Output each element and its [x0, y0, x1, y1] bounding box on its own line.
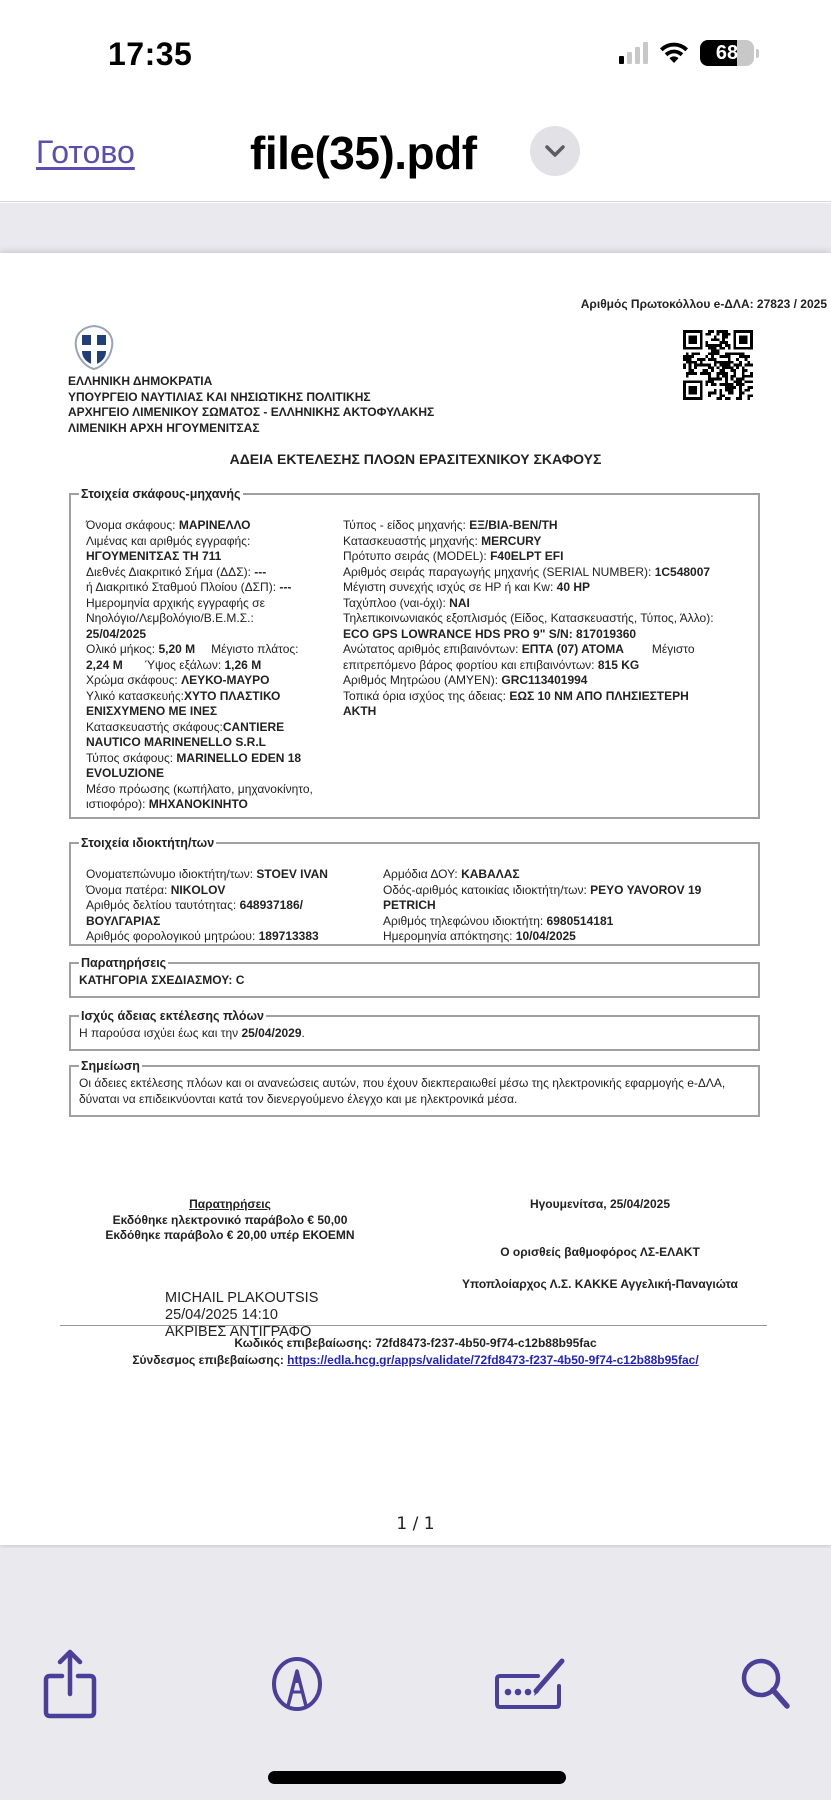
battery-level: 68	[716, 42, 738, 65]
remarks-text: ΚΑΤΗΓΟΡΙΑ ΣΧΕΔΙΑΣΜΟΥ: C	[71, 970, 758, 990]
vessel-details: Όνομα σκάφους: ΜΑΡΙΝΕΛΛΟ Λιμένας και αρι…	[86, 518, 336, 813]
engine-details: Τύπος - είδος μηχανής: ΕΞ/ΒΙΑ-ΒΕΝ/ΤΗ Κατ…	[343, 518, 753, 720]
remarks-section: Παρατηρήσεις ΚΑΤΗΓΟΡΙΑ ΣΧΕΔΙΑΣΜΟΥ: C	[69, 956, 760, 998]
vessel-engine-section: Στοιχεία σκάφους-μηχανής Όνομα σκάφους: …	[69, 487, 760, 819]
bottom-toolbar	[0, 1548, 831, 1800]
status-bar: 17:35 68	[0, 0, 831, 110]
section-legend: Ισχύς άδειας εκτέλεσης πλόων	[79, 1009, 266, 1023]
markup-icon	[269, 1656, 325, 1712]
owner-details-right: Αρμόδια ΔΟΥ: ΚΑΒΑΛΑΣ Οδός-αριθμός κατοικ…	[383, 867, 753, 945]
title-menu-button[interactable]	[530, 126, 580, 176]
pdf-viewer[interactable]: Αριθμός Πρωτοκόλλου e-ΔΛΑ: 27823 / 2025 …	[0, 203, 831, 1548]
share-icon	[42, 1648, 98, 1720]
search-button[interactable]	[735, 1648, 799, 1720]
permit-title: ΑΔΕΙΑ ΕΚΤΕΛΕΣΗΣ ΠΛΟΩΝ ΕΡΑΣΙΤΕΧΝΙΚΟΥ ΣΚΑΦ…	[0, 451, 831, 467]
page-indicator: 1 / 1	[0, 1514, 831, 1534]
validity-section: Ισχύς άδειας εκτέλεσης πλόων Η παρούσα ι…	[69, 1009, 760, 1051]
verification-link[interactable]: https://edla.hcg.gr/apps/validate/72fd84…	[287, 1353, 699, 1367]
share-button[interactable]	[38, 1648, 102, 1720]
place-date: Ηγουμενίτσα, 25/04/2025	[420, 1197, 780, 1211]
digital-signature-stamp: MICHAIL PLAKOUTSIS 25/04/2025 14:10 ΑΚΡΙ…	[165, 1290, 318, 1341]
section-legend: Στοιχεία ιδιοκτήτη/των	[79, 836, 216, 850]
cellular-signal-icon	[619, 42, 648, 64]
note-section: Σημείωση Οι άδειες εκτέλεσης πλόων και ο…	[69, 1059, 760, 1117]
fill-sign-icon	[494, 1656, 572, 1712]
protocol-number: Αριθμός Πρωτοκόλλου e-ΔΛΑ: 27823 / 2025	[581, 297, 827, 311]
greek-coat-of-arms-icon	[68, 321, 120, 373]
chevron-down-icon	[544, 144, 566, 158]
verification-link-line: Σύνδεσμος επιβεβαίωσης: https://edla.hcg…	[0, 1353, 831, 1367]
note-text: Οι άδειες εκτέλεσης πλόων και οι ανανεώσ…	[71, 1073, 758, 1109]
officer-title: Ο ορισθείς βαθμοφόρος ΛΣ-ΕΛΑΚΤ	[420, 1245, 780, 1259]
section-legend: Στοιχεία σκάφους-μηχανής	[79, 487, 243, 501]
fee-remarks: Παρατηρήσεις Εκδόθηκε ηλεκτρονικό παράβο…	[88, 1197, 372, 1244]
status-time: 17:35	[108, 36, 192, 73]
battery-tip	[756, 49, 759, 58]
battery-icon: 68	[700, 40, 754, 66]
done-button[interactable]: Готово	[36, 134, 135, 171]
divider	[60, 1325, 767, 1326]
qr-code	[683, 330, 753, 400]
home-indicator[interactable]	[268, 1771, 566, 1784]
section-legend: Σημείωση	[79, 1059, 142, 1073]
officer-name: Υποπλοίαρχος Λ.Σ. ΚΑΚΚΕ Αγγελική-Παναγιώ…	[420, 1277, 780, 1291]
fill-sign-button[interactable]	[494, 1648, 572, 1720]
pdf-page[interactable]: Αριθμός Πρωτοκόλλου e-ΔΛΑ: 27823 / 2025 …	[0, 253, 831, 1545]
document-title[interactable]: file(35).pdf	[250, 126, 477, 180]
validity-text: Η παρούσα ισχύει έως και την 25/04/2029.	[71, 1023, 758, 1043]
verification-code: Κωδικός επιβεβαίωσης: 72fd8473-f237-4b50…	[0, 1336, 831, 1350]
owner-details-left: Ονοματεπώνυμο ιδιοκτήτη/των: STOEV IVAN …	[86, 867, 376, 945]
wifi-icon	[658, 41, 690, 65]
markup-button[interactable]	[265, 1648, 329, 1720]
owner-section: Στοιχεία ιδιοκτήτη/των Ονοματεπώνυμο ιδι…	[69, 836, 760, 946]
section-legend: Παρατηρήσεις	[79, 956, 168, 970]
nav-bar: Готово file(35).pdf	[0, 110, 831, 202]
status-icons: 68	[619, 40, 759, 66]
search-icon	[739, 1656, 795, 1712]
issuing-authority: ΕΛΛΗΝΙΚΗ ΔΗΜΟΚΡΑΤΙΑ ΥΠΟΥΡΓΕΙΟ ΝΑΥΤΙΛΙΑΣ …	[68, 374, 434, 436]
